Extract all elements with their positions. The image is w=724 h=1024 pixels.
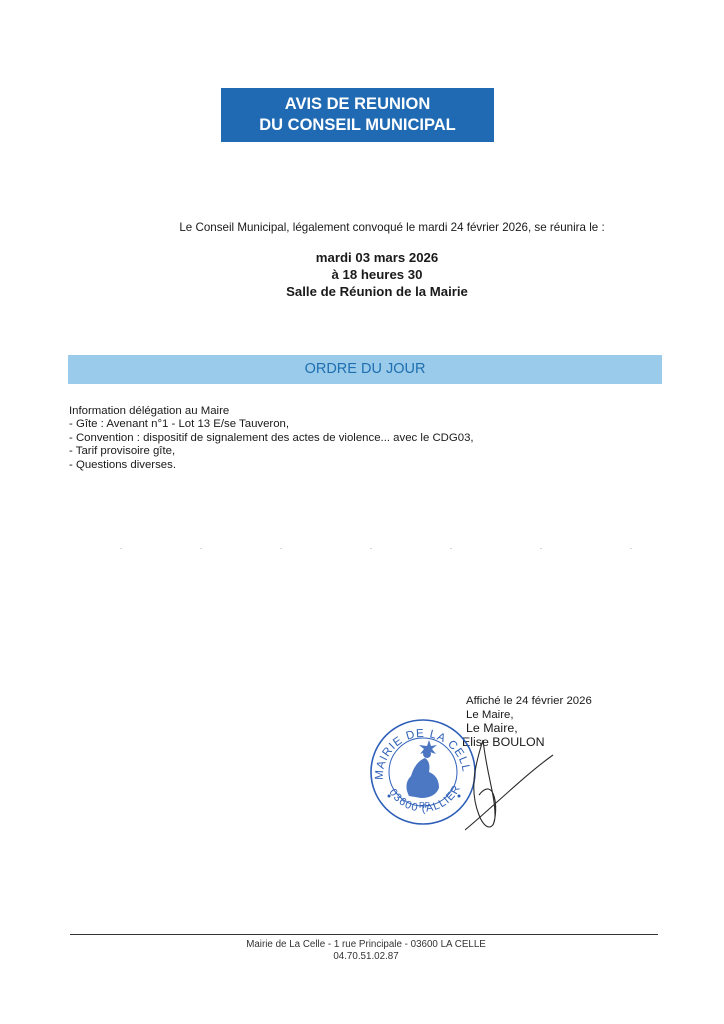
agenda-list: Information délégation au Maire - Gîte :… [69,405,474,472]
agenda-item: - Gîte : Avenant n°1 - Lot 13 E/se Tauve… [69,418,474,431]
notice-title-box: AVIS DE REUNION DU CONSEIL MUNICIPAL [221,88,494,142]
mayor-role-signed: Le Maire, [466,722,592,736]
stamp-center-text: RF [419,801,430,810]
convocation-text: Le Conseil Municipal, légalement convoqu… [0,221,724,234]
scan-specks [120,548,660,550]
meeting-time: à 18 heures 30 [30,266,724,283]
mayor-role: Le Maire, [466,709,592,723]
agenda-item: - Convention : dispositif de signalement… [69,432,474,445]
agenda-item: - Tarif provisoire gîte, [69,445,474,458]
footer-divider [70,934,658,935]
town-hall-stamp-icon: MAIRIE DE LA CELLE 03600 (ALLIER) RF [369,718,477,826]
agenda-item: - Questions diverses. [69,459,474,472]
meeting-details: mardi 03 mars 2026 à 18 heures 30 Salle … [0,249,724,300]
title-line-2: DU CONSEIL MUNICIPAL [221,115,494,136]
footer-phone: 04.70.51.02.87 [8,951,724,963]
agenda-item: Information délégation au Maire [69,405,474,418]
footer-address: Mairie de La Celle - 1 rue Principale - … [8,939,724,951]
agenda-heading: ORDRE DU JOUR [68,355,662,384]
meeting-date: mardi 03 mars 2026 [30,249,724,266]
posted-date: Affiché le 24 février 2026 [466,695,592,709]
title-line-1: AVIS DE REUNION [221,94,494,115]
footer: Mairie de La Celle - 1 rue Principale - … [0,939,724,962]
handwritten-signature-icon [465,735,555,835]
meeting-place: Salle de Réunion de la Mairie [30,283,724,300]
